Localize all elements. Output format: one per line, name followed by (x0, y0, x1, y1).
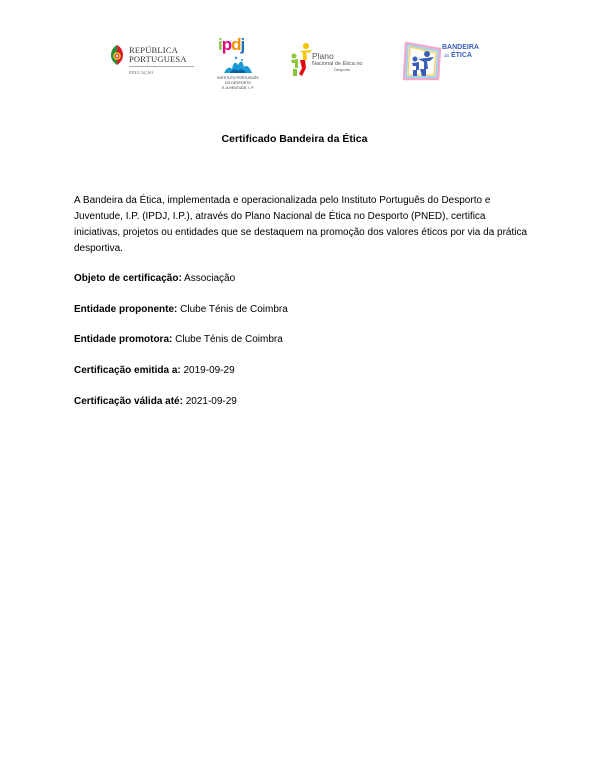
ipdj-wordmark: ipdj (218, 36, 244, 54)
ipdj-line1: INSTITUTO PORTUGUÊS (216, 76, 260, 80)
athlete-figures-icon (290, 42, 314, 78)
pned-logo: Plano Nacional de Ética no Desporto (290, 42, 375, 82)
bandeira-line2: da ÉTICA (444, 52, 472, 60)
republica-line3: EDUCAÇÃO (129, 70, 154, 75)
bandeira-etica: ÉTICA (451, 52, 472, 59)
field-label: Entidade promotora: (74, 334, 172, 345)
field-objeto: Objeto de certificação: Associação (74, 272, 235, 285)
field-entidade-promotora: Entidade promotora: Clube Ténis de Coimb… (74, 333, 283, 346)
field-value: 2019-09-29 (181, 365, 235, 376)
ipdj-line3: E JUVENTUDE, I. P. (216, 86, 260, 90)
ipdj-letter-d: d (231, 35, 240, 54)
bandeira-etica-logo: BANDEIRA da ÉTICA (400, 39, 480, 87)
field-value: Associação (182, 273, 235, 284)
ipdj-line2: DO DESPORTO (216, 81, 260, 85)
field-label: Objeto de certificação: (74, 273, 182, 284)
bandeira-etica-emblem-icon (400, 39, 444, 85)
intro-paragraph: A Bandeira da Ética, implementada e oper… (74, 193, 534, 257)
field-value: 2021-09-29 (183, 396, 237, 407)
field-label: Certificação válida até: (74, 396, 183, 407)
republica-portuguesa-logo: REPÚBLICA PORTUGUESA EDUCAÇÃO (110, 45, 210, 85)
field-valida: Certificação válida até: 2021-09-29 (74, 395, 237, 408)
ipdj-logo: ipdj INSTITUTO PORTUGUÊS DO DESPORTO E J… (216, 36, 260, 92)
water-splash-icon (222, 55, 254, 75)
portuguese-emblem-icon (110, 45, 124, 65)
document-title: Certificado Bandeira da Ética (0, 133, 589, 146)
field-value: Clube Ténis de Coimbra (172, 334, 282, 345)
field-emitida: Certificação emitida a: 2019-09-29 (74, 364, 235, 377)
ipdj-letter-j: j (241, 35, 245, 54)
field-label: Certificação emitida a: (74, 365, 181, 376)
pned-line3: Desporto (334, 67, 350, 72)
field-entidade-proponente: Entidade proponente: Clube Ténis de Coim… (74, 303, 288, 316)
field-value: Clube Ténis de Coimbra (177, 304, 287, 315)
bandeira-line1: BANDEIRA (442, 44, 479, 52)
republica-divider (129, 66, 194, 67)
bandeira-da: da (444, 53, 449, 58)
republica-line2: PORTUGUESA (129, 55, 187, 64)
field-label: Entidade proponente: (74, 304, 177, 315)
ipdj-letter-p: p (222, 35, 231, 54)
logo-header: REPÚBLICA PORTUGUESA EDUCAÇÃO ipdj INSTI… (0, 36, 589, 96)
pned-line1: Plano (312, 52, 334, 61)
